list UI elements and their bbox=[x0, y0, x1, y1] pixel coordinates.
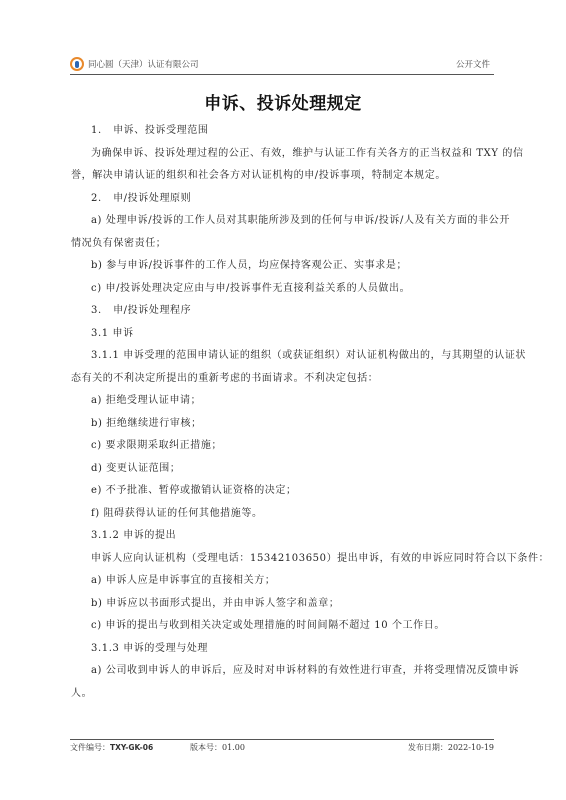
publish-date-value: 2022-10-19 bbox=[448, 743, 494, 752]
text-line: 申诉人应向认证机构（受理电话：15342103650）提出申诉，有效的申诉应同时… bbox=[71, 548, 495, 571]
version-number: 版本号：01.00 bbox=[190, 742, 245, 753]
version-value: 01.00 bbox=[222, 743, 245, 752]
document-number-value: TXY-GK-06 bbox=[110, 743, 153, 752]
text-line: 为确保申诉、投诉处理过程的公正、有效，维护与认证工作有关各方的正当权益和 TXY… bbox=[71, 143, 495, 166]
text-line: a) 处理申诉/投诉的工作人员对其职能所涉及到的任何与申诉/投诉/人及有关方面的… bbox=[71, 210, 495, 233]
text-line: e) 不予批准、暂停或撤销认证资格的决定； bbox=[71, 480, 495, 503]
text-line: 3.1 申诉 bbox=[71, 323, 495, 346]
text-line: c) 要求限期采取纠正措施； bbox=[71, 435, 495, 458]
text-line: 3. 申/投诉处理程序 bbox=[71, 300, 495, 323]
text-line: 态有关的不利决定所提出的重新考虑的书面请求。不利决定包括： bbox=[71, 368, 495, 391]
page-footer: 文件编号：TXY-GK-06 版本号：01.00 发布日期：2022-10-19 bbox=[70, 742, 494, 756]
text-line: 1. 申诉、投诉受理范围 bbox=[71, 120, 495, 143]
text-line: b) 拒绝继续进行审核； bbox=[71, 413, 495, 436]
document-number: 文件编号：TXY-GK-06 bbox=[70, 742, 153, 753]
document-classification: 公开文件 bbox=[456, 58, 490, 70]
version-label: 版本号： bbox=[190, 743, 222, 752]
text-line: 3.1.3 申诉的受理与处理 bbox=[71, 638, 495, 661]
page-header: 同心圆（天津）认证有限公司 公开文件 bbox=[70, 56, 494, 74]
text-line: 情况负有保密责任； bbox=[71, 233, 495, 256]
company-logo-icon bbox=[70, 57, 84, 71]
document-number-label: 文件编号： bbox=[70, 743, 110, 752]
text-line: c) 申诉的提出与收到相关决定或处理措施的时间间隔不超过 10 个工作日。 bbox=[71, 615, 495, 638]
text-line: b) 申诉应以书面形式提出，并由申诉人签字和盖章； bbox=[71, 593, 495, 616]
company-name: 同心圆（天津）认证有限公司 bbox=[88, 58, 199, 70]
publish-date-label: 发布日期： bbox=[408, 743, 448, 752]
text-line: f) 阻碍获得认证的任何其他措施等。 bbox=[71, 503, 495, 526]
document-body: 1. 申诉、投诉受理范围 为确保申诉、投诉处理过程的公正、有效，维护与认证工作有… bbox=[71, 120, 495, 705]
text-line: 誉，解决申请认证的组织和社会各方对认证机构的申/投诉事项，特制定本规定。 bbox=[71, 165, 495, 188]
text-line: d) 变更认证范围； bbox=[71, 458, 495, 481]
text-line: 3.1.1 申诉受理的范围申请认证的组织（或获证组织）对认证机构做出的，与其期望… bbox=[71, 345, 495, 368]
header-divider bbox=[70, 74, 494, 75]
text-line: c) 申/投诉处理决定应由与申/投诉事件无直接利益关系的人员做出。 bbox=[71, 278, 495, 301]
document-title: 申诉、投诉处理规定 bbox=[0, 89, 566, 114]
text-line: a) 申诉人应是申诉事宜的直接相关方； bbox=[71, 570, 495, 593]
text-line: b) 参与申诉/投诉事件的工作人员，均应保持客观公正、实事求是； bbox=[71, 255, 495, 278]
footer-divider bbox=[70, 739, 494, 740]
text-line: a) 公司收到申诉人的申诉后，应及时对申诉材料的有效性进行审查，并将受理情况反馈… bbox=[71, 660, 495, 683]
document-page: 同心圆（天津）认证有限公司 公开文件 申诉、投诉处理规定 1. 申诉、投诉受理范… bbox=[0, 0, 566, 800]
text-line: 2. 申/投诉处理原则 bbox=[71, 188, 495, 211]
publish-date: 发布日期：2022-10-19 bbox=[408, 742, 494, 753]
text-line: 人。 bbox=[71, 683, 495, 706]
text-line: 3.1.2 申诉的提出 bbox=[71, 525, 495, 548]
text-line: a) 拒绝受理认证申请； bbox=[71, 390, 495, 413]
